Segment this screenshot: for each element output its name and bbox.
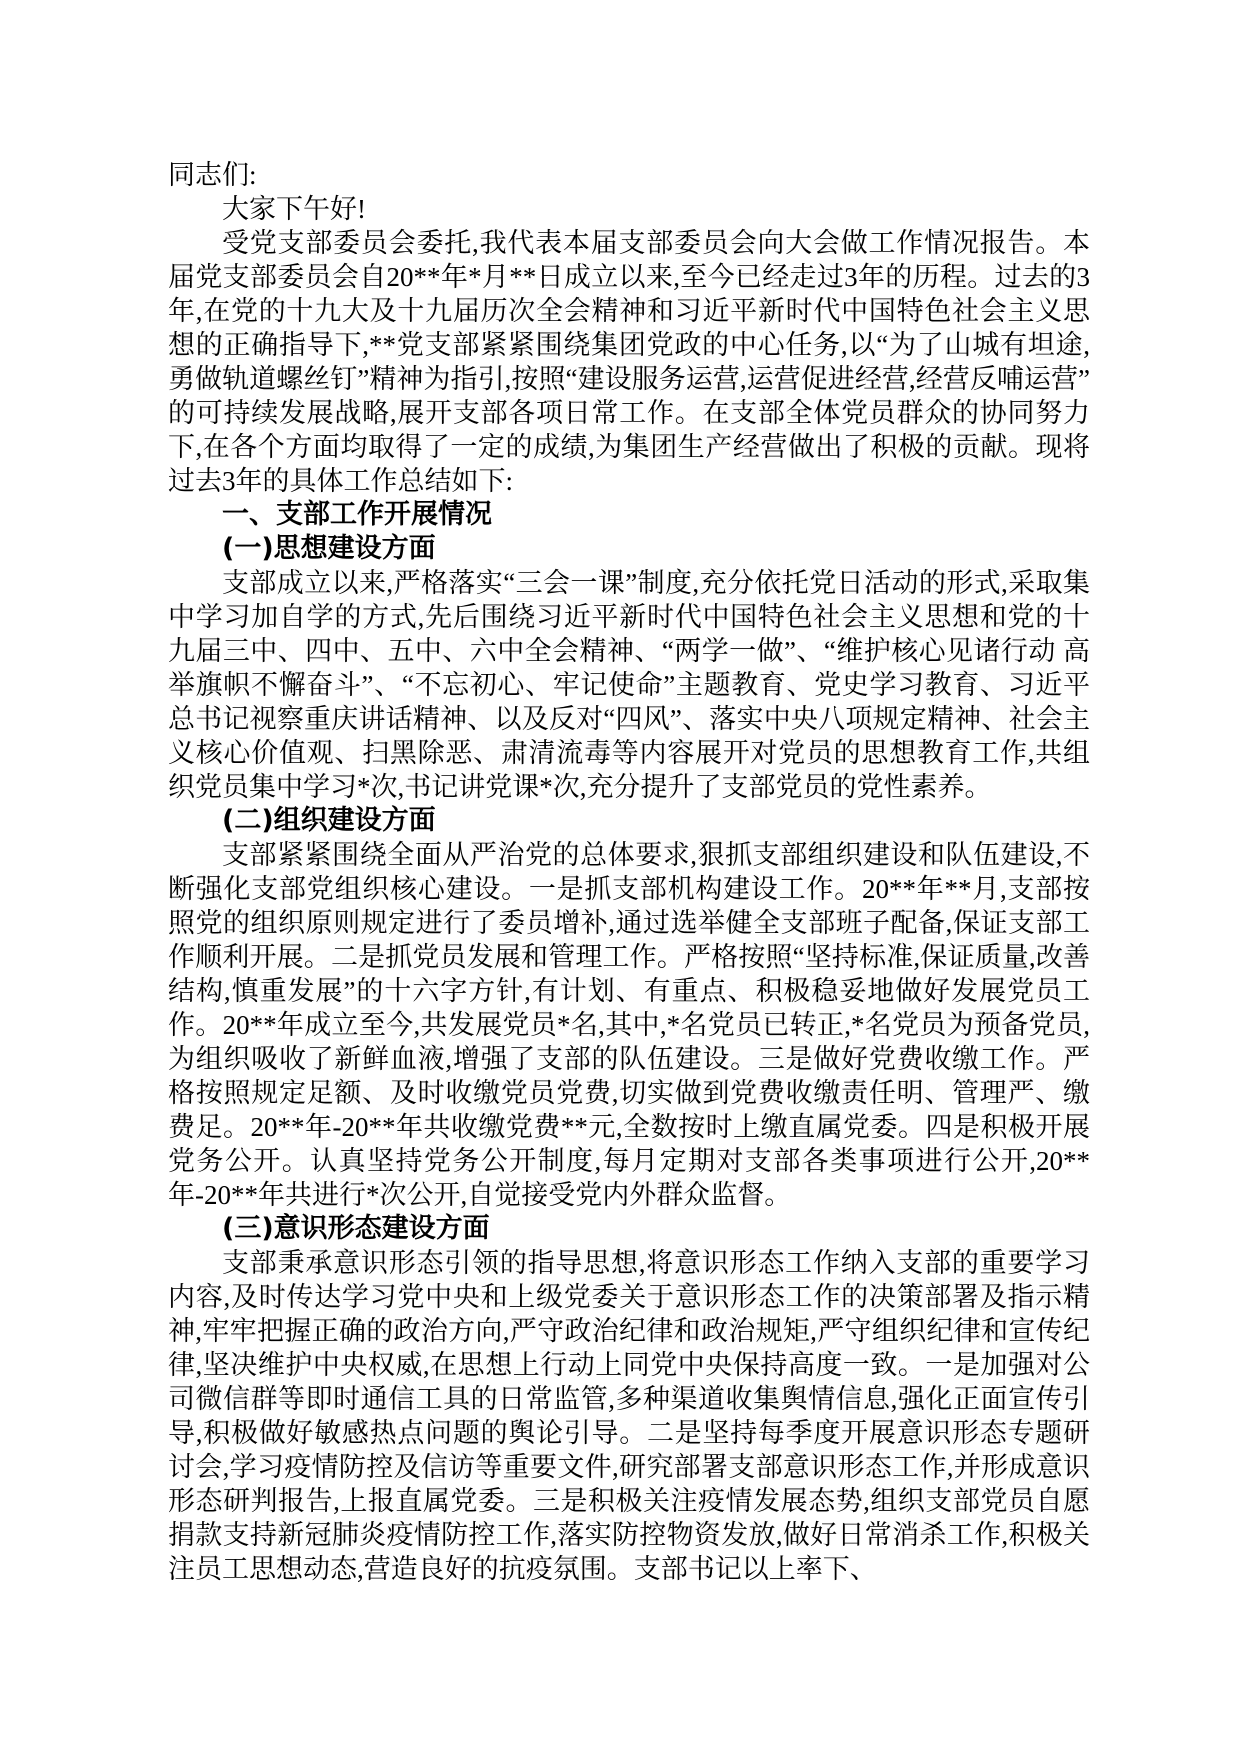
document-page: 同志们: 大家下午好! 受党支部委员会委托,我代表本届支部委员会向大会做工作情况…: [0, 0, 1240, 1754]
document-body: 同志们: 大家下午好! 受党支部委员会委托,我代表本届支部委员会向大会做工作情况…: [168, 158, 1090, 1586]
paragraph-ideological-construction: 支部成立以来,严格落实“三会一课”制度,充分依托党日活动的形式,采取集中学习加自…: [168, 566, 1090, 804]
subsection-heading-1-3: (三)意识形态建设方面: [168, 1212, 1090, 1246]
section-heading-1: 一、支部工作开展情况: [168, 498, 1090, 532]
subsection-heading-1-1: (一)思想建设方面: [168, 532, 1090, 566]
greeting-line: 大家下午好!: [168, 192, 1090, 226]
paragraph-intro: 受党支部委员会委托,我代表本届支部委员会向大会做工作情况报告。本届党支部委员会自…: [168, 226, 1090, 498]
paragraph-organizational-construction: 支部紧紧围绕全面从严治党的总体要求,狠抓支部组织建设和队伍建设,不断强化支部党组…: [168, 838, 1090, 1212]
paragraph-ideology-work: 支部秉承意识形态引领的指导思想,将意识形态工作纳入支部的重要学习内容,及时传达学…: [168, 1246, 1090, 1586]
subsection-heading-1-2: (二)组织建设方面: [168, 804, 1090, 838]
salutation: 同志们:: [168, 158, 1090, 192]
